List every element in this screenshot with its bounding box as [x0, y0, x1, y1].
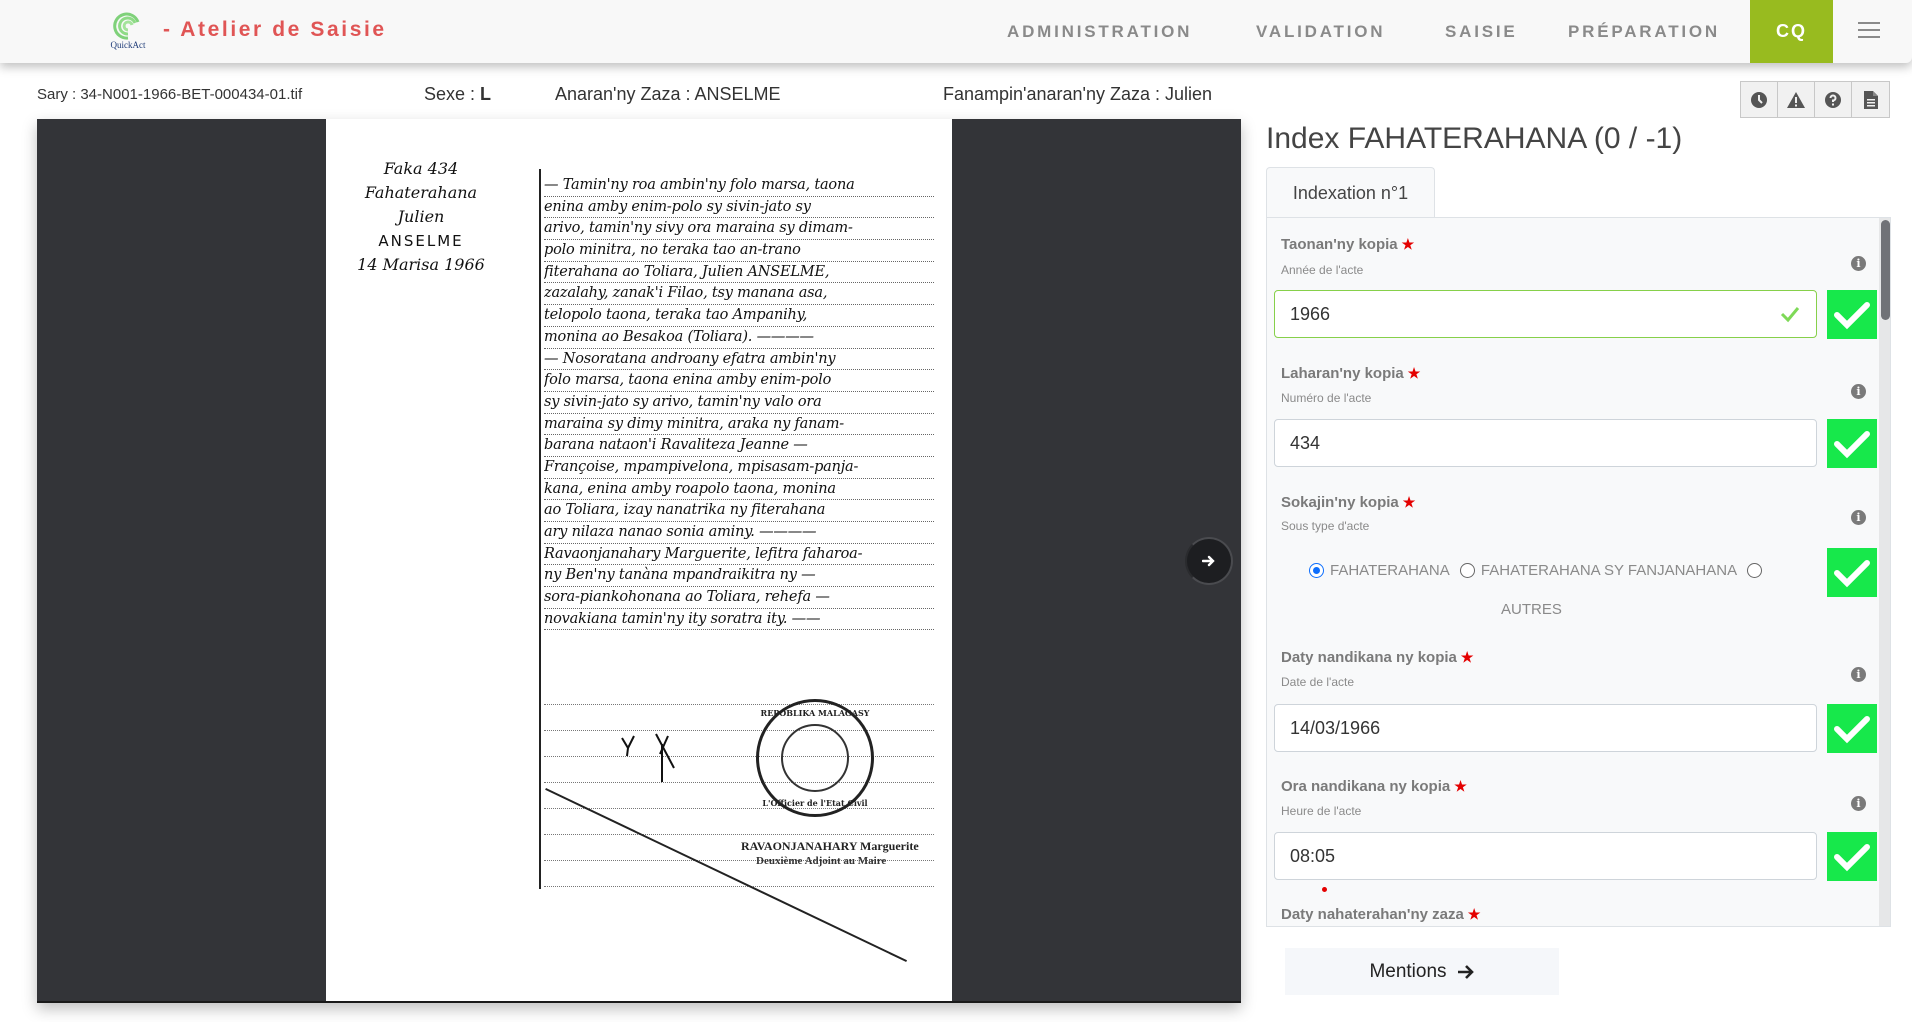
checkmark-icon	[1833, 714, 1871, 744]
required-star-icon: ★	[1408, 365, 1421, 381]
nav-validation[interactable]: VALIDATION	[1256, 0, 1385, 63]
logo-icon	[104, 10, 152, 42]
next-page-button[interactable]	[1185, 537, 1233, 585]
field-sub-numero: Numéro de l'acte	[1281, 391, 1371, 405]
label-text: Daty nahaterahan'ny zaza	[1281, 906, 1464, 923]
field-label-numero: Laharan'ny kopia★	[1281, 365, 1420, 382]
text-line: enina amby enim-polo sy sivin-jato sy	[544, 197, 934, 219]
sexe-label: Sexe :	[424, 84, 480, 104]
radio-icon[interactable]	[1747, 563, 1762, 578]
field-sub-annee: Année de l'acte	[1281, 263, 1363, 277]
margin-line: ANSELME	[346, 229, 496, 253]
text-line: ary nilaza nanao sonia aminy. ————	[544, 522, 934, 544]
history-button[interactable]	[1741, 82, 1778, 117]
field-label-sous-type: Sokajin'ny kopia★	[1281, 494, 1415, 511]
field-label-date: Daty nandikana ny kopia★	[1281, 649, 1473, 666]
checkmark-icon	[1833, 300, 1871, 330]
radio-icon[interactable]	[1460, 563, 1475, 578]
sexe-value: L	[480, 84, 491, 104]
help-icon	[1824, 91, 1842, 109]
field-label-heure: Ora nandikana ny kopia★	[1281, 778, 1467, 795]
radio-autres-label[interactable]: AUTRES	[1501, 601, 1562, 618]
label-text: Sokajin'ny kopia	[1281, 494, 1399, 511]
top-navbar: QuickAct - Atelier de Saisie ADMINISTRAT…	[0, 0, 1912, 63]
form-scrollbar-thumb[interactable]	[1881, 220, 1890, 320]
document-viewer[interactable]: Faka 434 Fahaterahana Julien ANSELME 14 …	[37, 119, 1241, 1003]
document-button[interactable]	[1852, 82, 1889, 117]
sous-type-radio-group: FAHATERAHANA FAHATERAHANA SY FANJANAHANA	[1309, 562, 1849, 582]
arrow-right-icon	[1457, 964, 1475, 980]
text-line: arivo, tamin'ny sivy ora maraina sy dima…	[544, 218, 934, 240]
official-stamp: REPOBLIKA MALAGASY L'Officier de l'Etat …	[756, 699, 874, 817]
validate-heure-button[interactable]	[1827, 832, 1877, 881]
signature-name: RAVAONJANAHARY Marguerite	[741, 839, 919, 854]
info-icon[interactable]: i	[1851, 796, 1866, 811]
nav-preparation[interactable]: PRÉPARATION	[1568, 0, 1720, 63]
text-line: ny Ben'ny tanàna mpandraikitra ny —	[544, 565, 934, 587]
text-line: Ravaonjanahary Marguerite, lefitra fahar…	[544, 544, 934, 566]
checkmark-icon	[1833, 842, 1871, 872]
required-star-icon: ★	[1454, 778, 1467, 794]
text-line: zazalahy, zanak'i Filao, tsy manana asa,	[544, 283, 934, 305]
mentions-label: Mentions	[1369, 961, 1446, 983]
handwritten-body: — Tamin'ny roa ambin'ny folo marsa, taon…	[544, 175, 934, 630]
arrow-right-icon	[1202, 554, 1216, 568]
image-filename: Sary : 34-N001-1966-BET-000434-01.tif	[37, 86, 302, 103]
info-icon[interactable]: i	[1851, 256, 1866, 271]
text-line: polo minitra, no teraka tao an-trano	[544, 240, 934, 262]
margin-line: Faka 434	[346, 157, 496, 181]
app-title: - Atelier de Saisie	[163, 18, 387, 42]
margin-line: Julien	[346, 205, 496, 229]
warning-icon	[1786, 91, 1806, 109]
nav-administration[interactable]: ADMINISTRATION	[1007, 0, 1192, 63]
info-icon[interactable]: i	[1851, 667, 1866, 682]
nav-cq-active[interactable]: CQ	[1750, 0, 1833, 63]
text-line: novakiana tamin'ny ity soratra ity. ——	[544, 609, 934, 631]
annee-input[interactable]	[1274, 290, 1817, 338]
text-line: maraina sy dimy minitra, araka ny fanam-	[544, 414, 934, 436]
error-dot	[1322, 887, 1327, 892]
quickact-logo[interactable]: QuickAct	[104, 10, 152, 52]
radio-fahaterahana[interactable]: FAHATERAHANA	[1309, 562, 1450, 579]
stamp-top-text: REPOBLIKA MALAGASY	[759, 708, 871, 718]
radio-fahaterahana-sy-fanjanahana[interactable]: FAHATERAHANA SY FANJANAHANA	[1460, 562, 1737, 579]
text-line: barana nataon'i Ravaliteza Jeanne —	[544, 435, 934, 457]
hamburger-icon[interactable]	[1858, 22, 1880, 40]
required-star-icon: ★	[1402, 236, 1415, 252]
child-firstname-info: Fanampin'anaran'ny Zaza : Julien	[943, 84, 1212, 105]
margin-line: 14 Marisa 1966	[346, 253, 496, 277]
heure-input[interactable]	[1274, 832, 1817, 880]
warning-button[interactable]	[1778, 82, 1815, 117]
signature-marks	[616, 724, 736, 784]
required-star-icon: ★	[1461, 649, 1474, 665]
radio-label: FAHATERAHANA SY FANJANAHANA	[1481, 562, 1737, 579]
label-text: Ora nandikana ny kopia	[1281, 778, 1450, 795]
radio-autres[interactable]	[1747, 563, 1768, 578]
required-star-icon: ★	[1468, 906, 1481, 922]
label-text: Laharan'ny kopia	[1281, 365, 1404, 382]
text-line: — Tamin'ny roa ambin'ny folo marsa, taon…	[544, 175, 934, 197]
nav-saisie[interactable]: SAISIE	[1445, 0, 1518, 63]
margin-line: Fahaterahana	[346, 181, 496, 205]
required-star-icon: ★	[1403, 494, 1416, 510]
stamp-bottom-text: L'Officier de l'Etat Civil	[759, 798, 871, 808]
numero-input[interactable]	[1274, 419, 1817, 467]
document-icon	[1864, 91, 1878, 109]
field-sub-sous-type: Sous type d'acte	[1281, 519, 1369, 533]
valid-check-icon	[1779, 303, 1801, 325]
label-text: Taonan'ny kopia	[1281, 236, 1398, 253]
validate-numero-button[interactable]	[1827, 419, 1877, 468]
info-icon[interactable]: i	[1851, 510, 1866, 525]
action-toolbar	[1740, 81, 1890, 118]
field-sub-heure: Heure de l'acte	[1281, 804, 1361, 818]
validate-annee-button[interactable]	[1827, 290, 1877, 339]
logo-text: QuickAct	[104, 40, 152, 50]
validate-sous-type-button[interactable]	[1827, 548, 1877, 597]
text-line: Françoise, mpampivelona, mpisasam-panja-	[544, 457, 934, 479]
index-title: Index FAHATERAHANA (0 / -1)	[1266, 122, 1682, 156]
signature-role: Deuxième Adjoint au Maire	[756, 855, 886, 867]
text-line: monina ao Besakoa (Toliara). ————	[544, 327, 934, 349]
radio-selected-icon[interactable]	[1309, 563, 1324, 578]
text-line: folo marsa, taona enina amby enim-polo	[544, 370, 934, 392]
margin-rule	[539, 169, 541, 889]
text-line: fiterahana ao Toliara, Julien ANSELME,	[544, 262, 934, 284]
stamp-emblem	[781, 724, 849, 792]
margin-note: Faka 434 Fahaterahana Julien ANSELME 14 …	[346, 157, 496, 277]
text-line: ao Toliara, izay nanatrika ny fiterahana	[544, 500, 934, 522]
field-label-annee: Taonan'ny kopia★	[1281, 236, 1414, 253]
label-text: Daty nandikana ny kopia	[1281, 649, 1457, 666]
mentions-button[interactable]: Mentions	[1285, 948, 1559, 995]
text-line: telopolo taona, teraka tao Ampanihy,	[544, 305, 934, 327]
field-label-date-naissance: Daty nahaterahan'ny zaza★	[1281, 906, 1480, 923]
checkmark-icon	[1833, 429, 1871, 459]
help-button[interactable]	[1815, 82, 1852, 117]
validate-date-button[interactable]	[1827, 704, 1877, 753]
field-sub-date: Date de l'acte	[1281, 675, 1354, 689]
text-line: sora-piankohonana ao Toliara, rehefa —	[544, 587, 934, 609]
child-lastname-info: Anaran'ny Zaza : ANSELME	[555, 84, 781, 105]
tab-indexation-1[interactable]: Indexation n°1	[1266, 167, 1435, 218]
document-page[interactable]: Faka 434 Fahaterahana Julien ANSELME 14 …	[326, 119, 952, 1003]
text-line: sy sivin-jato sy arivo, tamin'ny valo or…	[544, 392, 934, 414]
text-line: — Nosoratana androany efatra ambin'ny	[544, 349, 934, 371]
text-line: kana, enina amby roapolo taona, monina	[544, 479, 934, 501]
date-input[interactable]	[1274, 704, 1817, 752]
clock-icon	[1750, 91, 1768, 109]
radio-label: FAHATERAHANA	[1330, 562, 1450, 579]
sexe-info: Sexe : L	[424, 84, 491, 105]
index-form: Taonan'ny kopia★ Année de l'acte i Lahar…	[1266, 217, 1891, 927]
form-scrollbar[interactable]	[1879, 218, 1891, 927]
checkmark-icon	[1833, 558, 1871, 588]
info-icon[interactable]: i	[1851, 384, 1866, 399]
